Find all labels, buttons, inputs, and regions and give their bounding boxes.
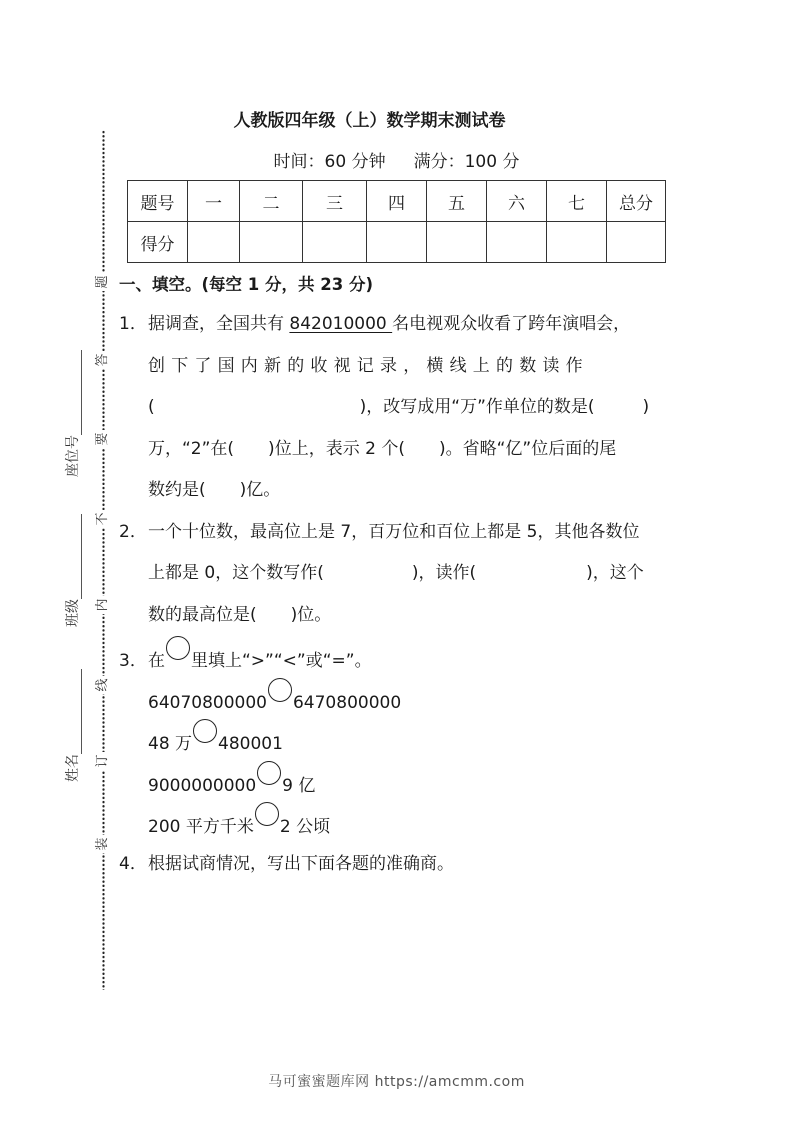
table-cell: 七	[547, 181, 607, 222]
table-cell: 总分	[607, 181, 666, 222]
class-line[interactable]	[67, 514, 82, 599]
score-input-cell[interactable]	[427, 222, 487, 263]
time-limit: 时间：60 分钟	[274, 152, 386, 172]
table-cell: 一	[188, 181, 240, 222]
exam-title: 人教版四年级（上）数学期末测试卷	[0, 106, 793, 131]
section-title: 一、填空。(每空 1 分，共 23 分)	[119, 270, 679, 304]
score-table: 题号 一 二 三 四 五 六 七 总分 得分	[127, 180, 666, 263]
class-field[interactable]: 班级	[62, 514, 82, 627]
comparison-item: 48 万480001	[119, 719, 679, 761]
score-input-cell[interactable]	[303, 222, 367, 263]
question-1-line: ( )，改写成用“万”作单位的数是( )	[119, 387, 679, 429]
question-1: 1．据调查，全国共有 842010000 名电视观众收看了跨年演唱会，	[119, 304, 679, 346]
question-2: 2．一个十位数，最高位上是 7，百万位和百位上都是 5，其他各数位	[119, 512, 679, 554]
footer-watermark: 马可蜜蜜题库网 https://amcmm.com	[0, 1071, 793, 1091]
comparison-item: 90000000009 亿	[119, 761, 679, 803]
binding-char: 题	[94, 273, 112, 291]
score-input-cell[interactable]	[367, 222, 427, 263]
comparison-item: 640708000006470800000	[119, 678, 679, 720]
score-input-cell[interactable]	[607, 222, 666, 263]
underlined-number: 842010000	[289, 314, 392, 334]
question-1-line: 数约是( )亿。	[119, 470, 679, 512]
comparison-circle[interactable]	[257, 761, 281, 785]
table-cell: 五	[427, 181, 487, 222]
table-cell: 六	[487, 181, 547, 222]
binding-char: 内	[94, 596, 112, 614]
binding-char: 线	[94, 676, 112, 694]
table-cell: 四	[367, 181, 427, 222]
comparison-circle[interactable]	[268, 678, 292, 702]
score-input-cell[interactable]	[487, 222, 547, 263]
circle-blank-icon	[166, 636, 190, 660]
binding-char: 装	[94, 835, 112, 853]
exam-meta: 时间：60 分钟满分：100 分	[0, 147, 793, 172]
binding-dotted-line	[102, 130, 105, 990]
question-1-line: 万，“2”在( )位上，表示 2 个( )。省略“亿”位后面的尾	[119, 429, 679, 471]
binding-char: 订	[94, 752, 112, 770]
exam-content: 一、填空。(每空 1 分，共 23 分) 1．据调查，全国共有 84201000…	[119, 270, 679, 885]
score-table-header-row: 题号 一 二 三 四 五 六 七 总分	[128, 181, 666, 222]
seat-number-field[interactable]: 座位号	[62, 350, 82, 477]
answer-blank[interactable]	[324, 553, 412, 595]
table-cell: 得分	[128, 222, 188, 263]
name-field[interactable]: 姓名	[62, 669, 82, 782]
comparison-circle[interactable]	[193, 719, 217, 743]
score-input-cell[interactable]	[547, 222, 607, 263]
question-1-line: 创下了国内新的收视记录，横线上的数读作	[119, 346, 679, 388]
question-4: 4．根据试商情况，写出下面各题的准确商。	[119, 844, 679, 886]
answer-blank[interactable]	[476, 553, 586, 595]
question-3: 3．在里填上“>”“<”或“=”。	[119, 636, 679, 678]
seat-number-line[interactable]	[67, 350, 82, 435]
binding-char: 要	[94, 430, 112, 448]
name-line[interactable]	[67, 669, 82, 754]
answer-blank[interactable]	[155, 387, 360, 429]
question-2-line: 上都是 0，这个数写作( )，读作( )，这个	[119, 553, 679, 595]
comparison-circle[interactable]	[255, 802, 279, 826]
binding-char: 不	[94, 510, 112, 528]
answer-blank[interactable]	[595, 387, 643, 429]
table-cell: 三	[303, 181, 367, 222]
score-input-cell[interactable]	[240, 222, 303, 263]
table-cell: 题号	[128, 181, 188, 222]
comparison-item: 200 平方千米2 公顷	[119, 802, 679, 844]
binding-char: 答	[94, 351, 112, 369]
score-table-score-row: 得分	[128, 222, 666, 263]
full-score: 满分：100 分	[414, 152, 520, 172]
question-2-line: 数的最高位是( )位。	[119, 595, 679, 637]
score-input-cell[interactable]	[188, 222, 240, 263]
table-cell: 二	[240, 181, 303, 222]
